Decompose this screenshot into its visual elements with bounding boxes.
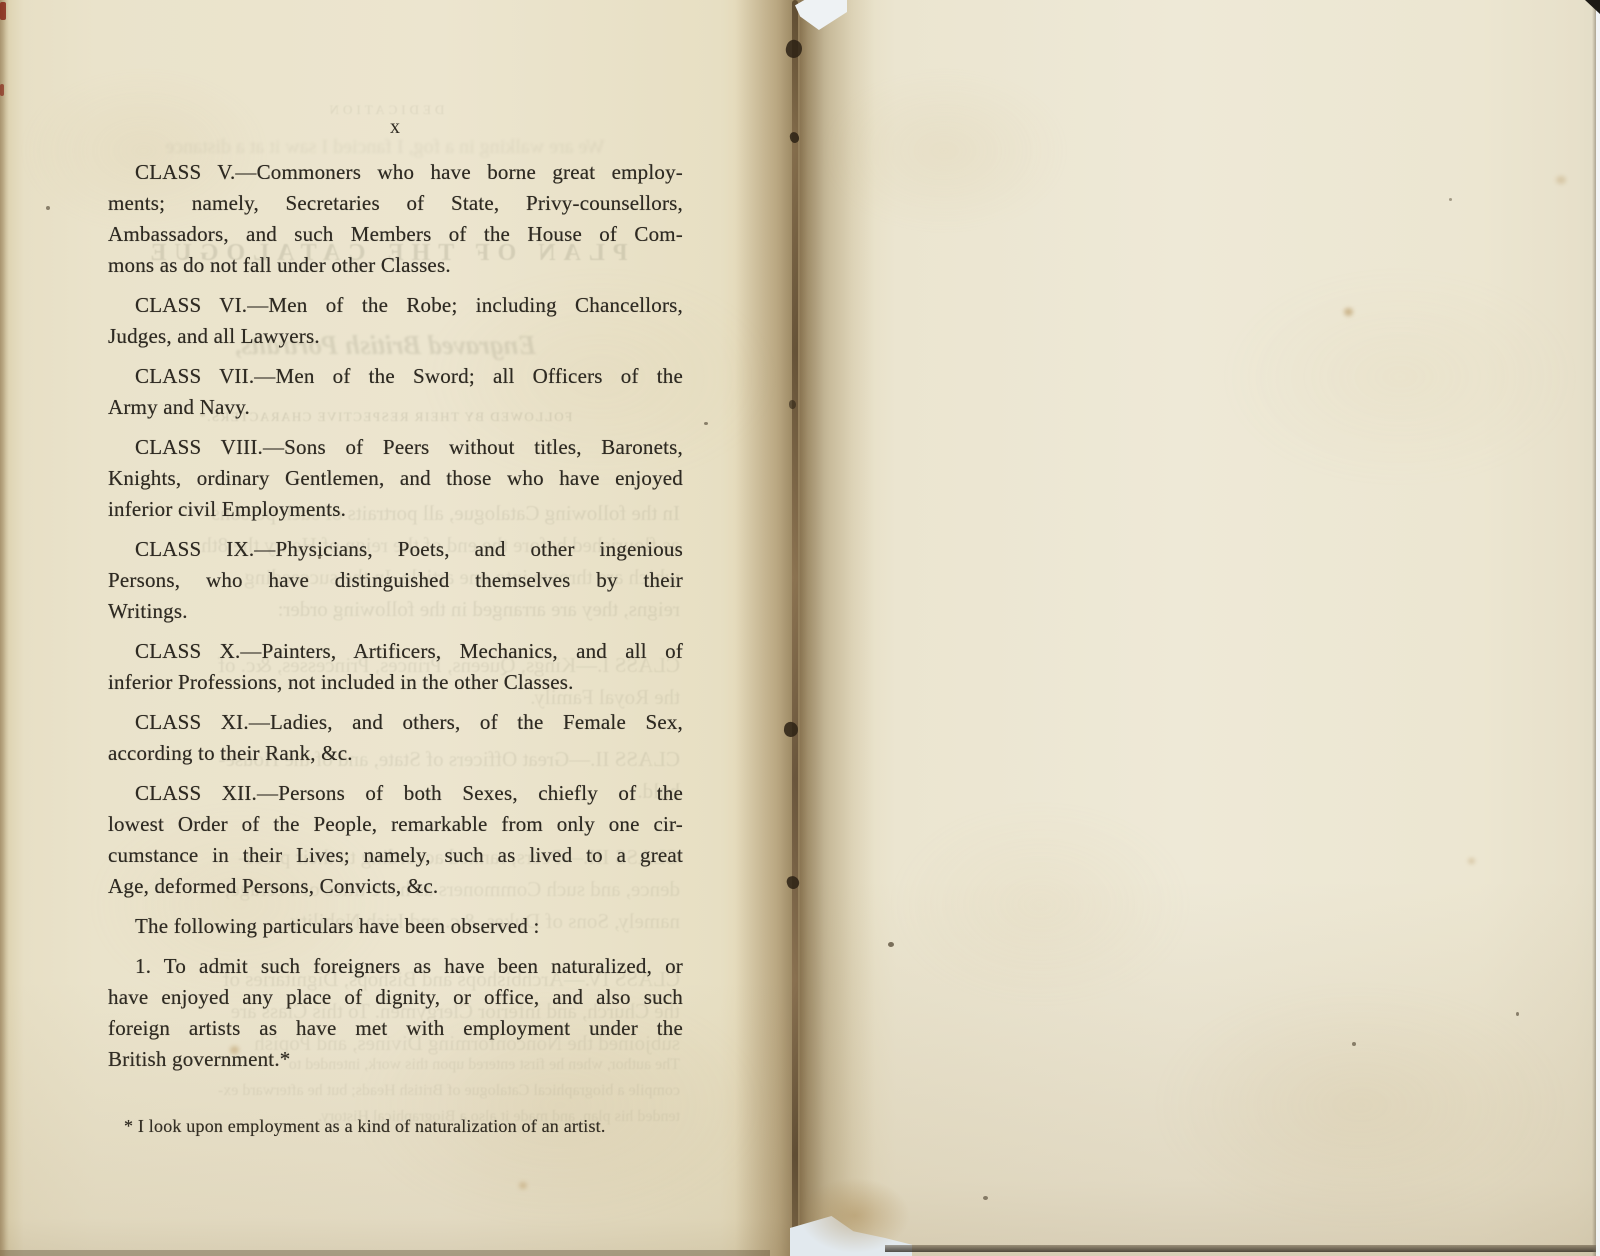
footnote-left: * I look upon employment as a kind of na… bbox=[108, 1113, 683, 1139]
paragraph-particulars-intro: The following particulars have been obse… bbox=[108, 911, 683, 942]
red-edge-mark bbox=[0, 2, 6, 20]
paragraph-class-ix: CLASS IX.—Physicians, Poets, and other i… bbox=[108, 534, 683, 627]
stitch-mark bbox=[789, 400, 796, 409]
left-text-column: x CLASS V.—Commoners who have borne grea… bbox=[108, 112, 683, 1139]
text-line: CLASS VIII.—Sons of Peers without titles… bbox=[108, 432, 683, 463]
text-line: Knights, ordinary Gentlemen, and those w… bbox=[108, 463, 683, 494]
book-scan: DEDICATION We are walking in a fog, I fa… bbox=[0, 0, 1600, 1256]
paper-speck bbox=[983, 1196, 988, 1200]
paragraph-class-vi: CLASS VI.—Men of the Robe; including Cha… bbox=[108, 290, 683, 352]
text-line: according to their Rank, &c. bbox=[108, 738, 683, 769]
page-bottom-edge bbox=[0, 1250, 770, 1256]
text-line: * I look upon employment as a kind of na… bbox=[108, 1113, 683, 1139]
foxing-spot bbox=[230, 1046, 239, 1054]
text-line: Age, deformed Persons, Convicts, &c. bbox=[108, 871, 683, 902]
paper-speck bbox=[318, 556, 321, 559]
paragraph-class-v: CLASS V.—Commoners who have borne great … bbox=[108, 157, 683, 281]
text-line: Judges, and all Lawyers. bbox=[108, 321, 683, 352]
text-line: Army and Navy. bbox=[108, 392, 683, 423]
text-line: foreign artists as have met with employm… bbox=[108, 1013, 683, 1044]
paper-speck bbox=[1449, 198, 1452, 201]
paper-texture bbox=[800, 0, 1600, 1256]
text-line: CLASS VII.—Men of the Sword; all Officer… bbox=[108, 361, 683, 392]
text-line: CLASS X.—Painters, Artificers, Mechanics… bbox=[108, 636, 683, 667]
paragraph-class-vii: CLASS VII.—Men of the Sword; all Officer… bbox=[108, 361, 683, 423]
right-page: xi 2. To place the persons in that reign… bbox=[800, 0, 1600, 1256]
left-page: DEDICATION We are walking in a fog, I fa… bbox=[0, 0, 800, 1256]
scanner-background-strip bbox=[1596, 0, 1600, 1256]
foxing-spot bbox=[1468, 858, 1475, 864]
text-line: mons as do not fall under other Classes. bbox=[108, 250, 683, 281]
text-line: CLASS XI.—Ladies, and others, of the Fem… bbox=[108, 707, 683, 738]
text-line: lowest Order of the People, remarkable f… bbox=[108, 809, 683, 840]
paper-speck bbox=[46, 206, 50, 210]
paper-speck bbox=[704, 422, 708, 425]
foxing-spot bbox=[1344, 308, 1353, 316]
text-line: cumstance in their Lives; namely, such a… bbox=[108, 840, 683, 871]
paper-stain bbox=[800, 1178, 910, 1253]
text-line: Ambassadors, and such Members of the Hou… bbox=[108, 219, 683, 250]
paper-speck bbox=[1516, 1012, 1519, 1016]
text-line: Persons, who have distinguished themselv… bbox=[108, 565, 683, 596]
text-line: inferior civil Employments. bbox=[108, 494, 683, 525]
text-line: CLASS XII.—Persons of both Sexes, chiefl… bbox=[108, 778, 683, 809]
foxing-spot bbox=[1556, 176, 1566, 184]
paragraph-class-viii: CLASS VIII.—Sons of Peers without titles… bbox=[108, 432, 683, 525]
red-edge-mark bbox=[0, 84, 4, 96]
text-line: have enjoyed any place of dignity, or of… bbox=[108, 982, 683, 1013]
paper-speck bbox=[888, 942, 894, 947]
text-line: Writings. bbox=[108, 596, 683, 627]
paragraph-class-x: CLASS X.—Painters, Artificers, Mechanics… bbox=[108, 636, 683, 698]
text-line: CLASS VI.—Men of the Robe; including Cha… bbox=[108, 290, 683, 321]
paper-speck bbox=[1352, 1042, 1356, 1046]
text-line: CLASS IX.—Physicians, Poets, and other i… bbox=[108, 534, 683, 565]
binding-seam bbox=[792, 0, 798, 1256]
paragraph-item-1: 1. To admit such foreigners as have been… bbox=[108, 951, 683, 1075]
text-line: British government.* bbox=[108, 1044, 683, 1075]
text-line: inferior Professions, not included in th… bbox=[108, 667, 683, 698]
page-number-left: x bbox=[108, 112, 683, 143]
text-line: 1. To admit such foreigners as have been… bbox=[108, 951, 683, 982]
text-line: The following particulars have been obse… bbox=[108, 911, 683, 942]
foxing-spot bbox=[519, 1182, 527, 1189]
text-line: CLASS V.—Commoners who have borne great … bbox=[108, 157, 683, 188]
page-bottom-edge bbox=[885, 1245, 1600, 1252]
paragraph-class-xii: CLASS XII.—Persons of both Sexes, chiefl… bbox=[108, 778, 683, 902]
page-left-edge bbox=[0, 0, 9, 1256]
text-line: ments; namely, Secretaries of State, Pri… bbox=[108, 188, 683, 219]
paragraph-class-xi: CLASS XI.—Ladies, and others, of the Fem… bbox=[108, 707, 683, 769]
